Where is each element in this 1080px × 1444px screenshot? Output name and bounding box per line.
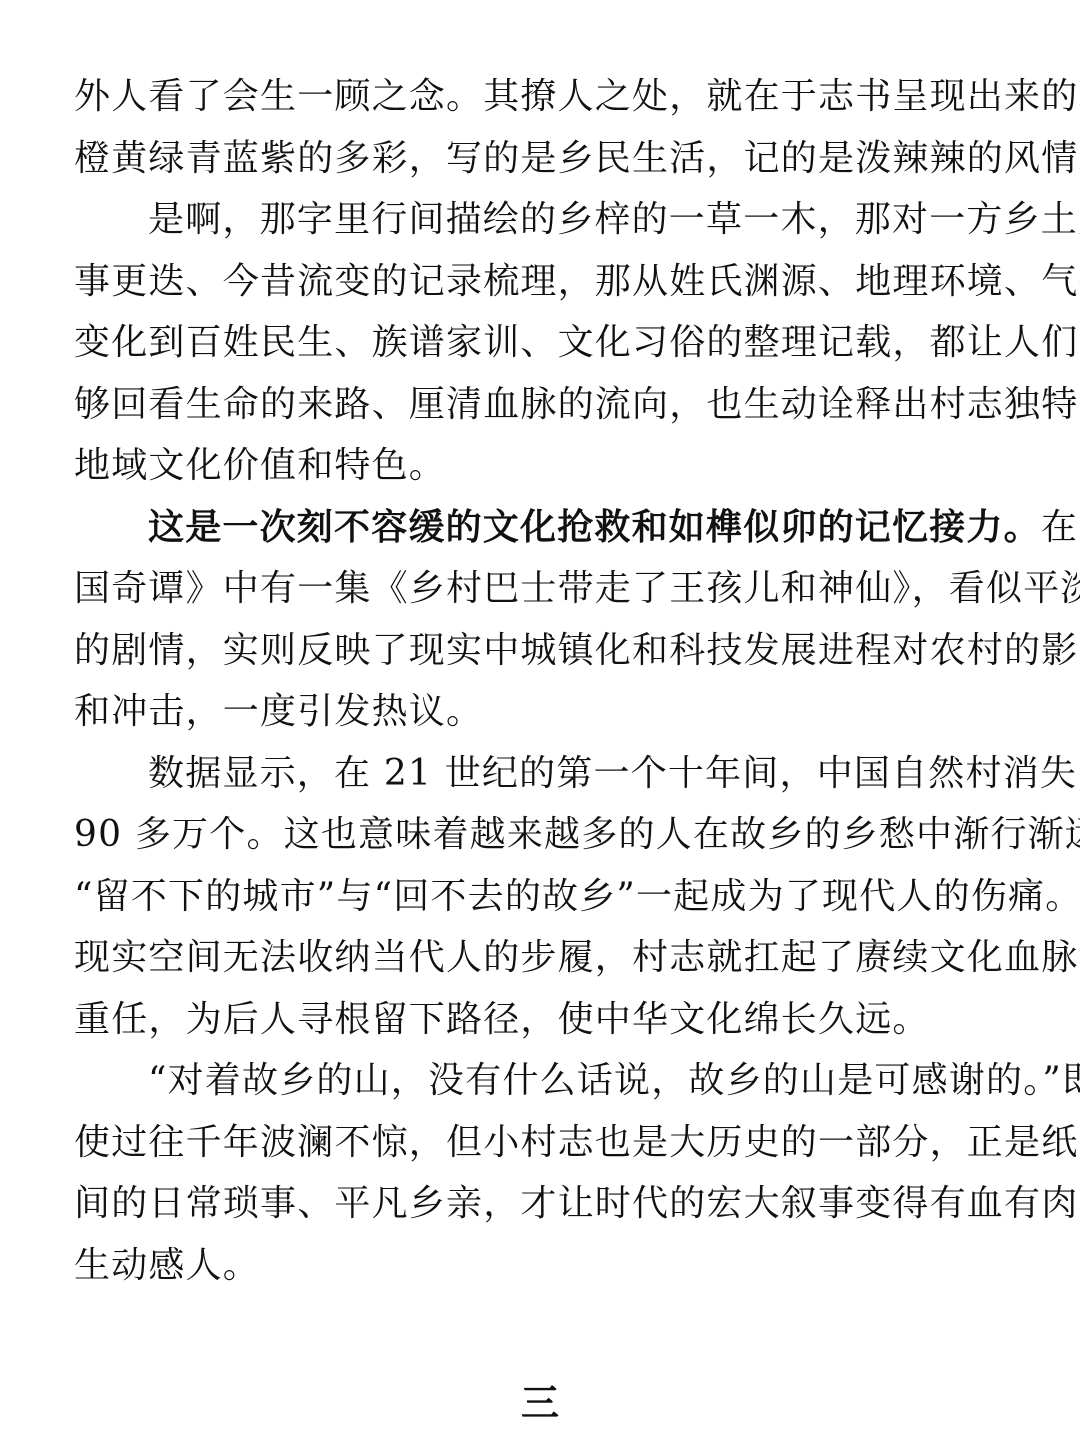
text-line: 重任，为后人寻根留下路径，使中华文化绵长久远。 xyxy=(74,989,1014,1051)
text-fragment: 在《中 xyxy=(1041,507,1080,548)
paragraph: 数据显示，在 21 世纪的第一个十年间，中国自然村消失了 90 多万个。这也意味… xyxy=(74,743,1014,1051)
text-line: 使过往千年波澜不惊，但小村志也是大历史的一部分，正是纸页 xyxy=(74,1112,1014,1174)
text-line: 间的日常琐事、平凡乡亲，才让时代的宏大叙事变得有血有肉、 xyxy=(74,1173,1014,1235)
text-line: 够回看生命的来路、厘清血脉的流向，也生动诠释出村志独特的 xyxy=(74,374,1014,436)
text-line: 这是一次刻不容缓的文化抢救和如榫似卯的记忆接力。在《中 xyxy=(74,497,1014,559)
paragraph: 是啊，那字里行间描绘的乡梓的一草一木，那对一方乡土人 事更迭、今昔流变的记录梳理… xyxy=(74,189,1014,497)
text-line: 是啊，那字里行间描绘的乡梓的一草一木，那对一方乡土人 xyxy=(74,189,1014,251)
article-body: 外人看了会生一顾之念。其撩人之处，就在于志书呈现出来的赤 橙黄绿青蓝紫的多彩，写… xyxy=(74,66,1014,1296)
paragraph: “对着故乡的山，没有什么话说，故乡的山是可感谢的。”即 使过往千年波澜不惊，但小… xyxy=(74,1050,1014,1296)
text-line: 国奇谭》中有一集《乡村巴士带走了王孩儿和神仙》，看似平淡 xyxy=(74,558,1014,620)
section-heading: 三 xyxy=(0,1372,1080,1427)
text-line: 数据显示，在 21 世纪的第一个十年间，中国自然村消失了 xyxy=(74,743,1014,805)
text-line: 橙黄绿青蓝紫的多彩，写的是乡民生活，记的是泼辣辣的风情。” xyxy=(74,128,1014,190)
text-line: 的剧情，实则反映了现实中城镇化和科技发展进程对农村的影响 xyxy=(74,620,1014,682)
text-line: 地域文化价值和特色。 xyxy=(74,435,1014,497)
bold-lead-sentence: 这是一次刻不容缓的文化抢救和如榫似卯的记忆接力。 xyxy=(148,506,1041,548)
text-line: “对着故乡的山，没有什么话说，故乡的山是可感谢的。”即 xyxy=(74,1050,1014,1112)
text-line: 外人看了会生一顾之念。其撩人之处，就在于志书呈现出来的赤 xyxy=(74,66,1014,128)
text-line: “留不下的城市”与“回不去的故乡”一起成为了现代人的伤痛。当 xyxy=(74,866,1014,928)
text-line: 生动感人。 xyxy=(74,1235,1014,1297)
text-line: 事更迭、今昔流变的记录梳理，那从姓氏渊源、地理环境、气候 xyxy=(74,251,1014,313)
text-line: 变化到百姓民生、族谱家训、文化习俗的整理记载，都让人们能 xyxy=(74,312,1014,374)
text-line: 和冲击，一度引发热议。 xyxy=(74,681,1014,743)
text-line: 90 多万个。这也意味着越来越多的人在故乡的乡愁中渐行渐远， xyxy=(74,804,1014,866)
paragraph: 外人看了会生一顾之念。其撩人之处，就在于志书呈现出来的赤 橙黄绿青蓝紫的多彩，写… xyxy=(74,66,1014,189)
paragraph: 这是一次刻不容缓的文化抢救和如榫似卯的记忆接力。在《中 国奇谭》中有一集《乡村巴… xyxy=(74,497,1014,743)
text-line: 现实空间无法收纳当代人的步履，村志就扛起了赓续文化血脉的 xyxy=(74,927,1014,989)
